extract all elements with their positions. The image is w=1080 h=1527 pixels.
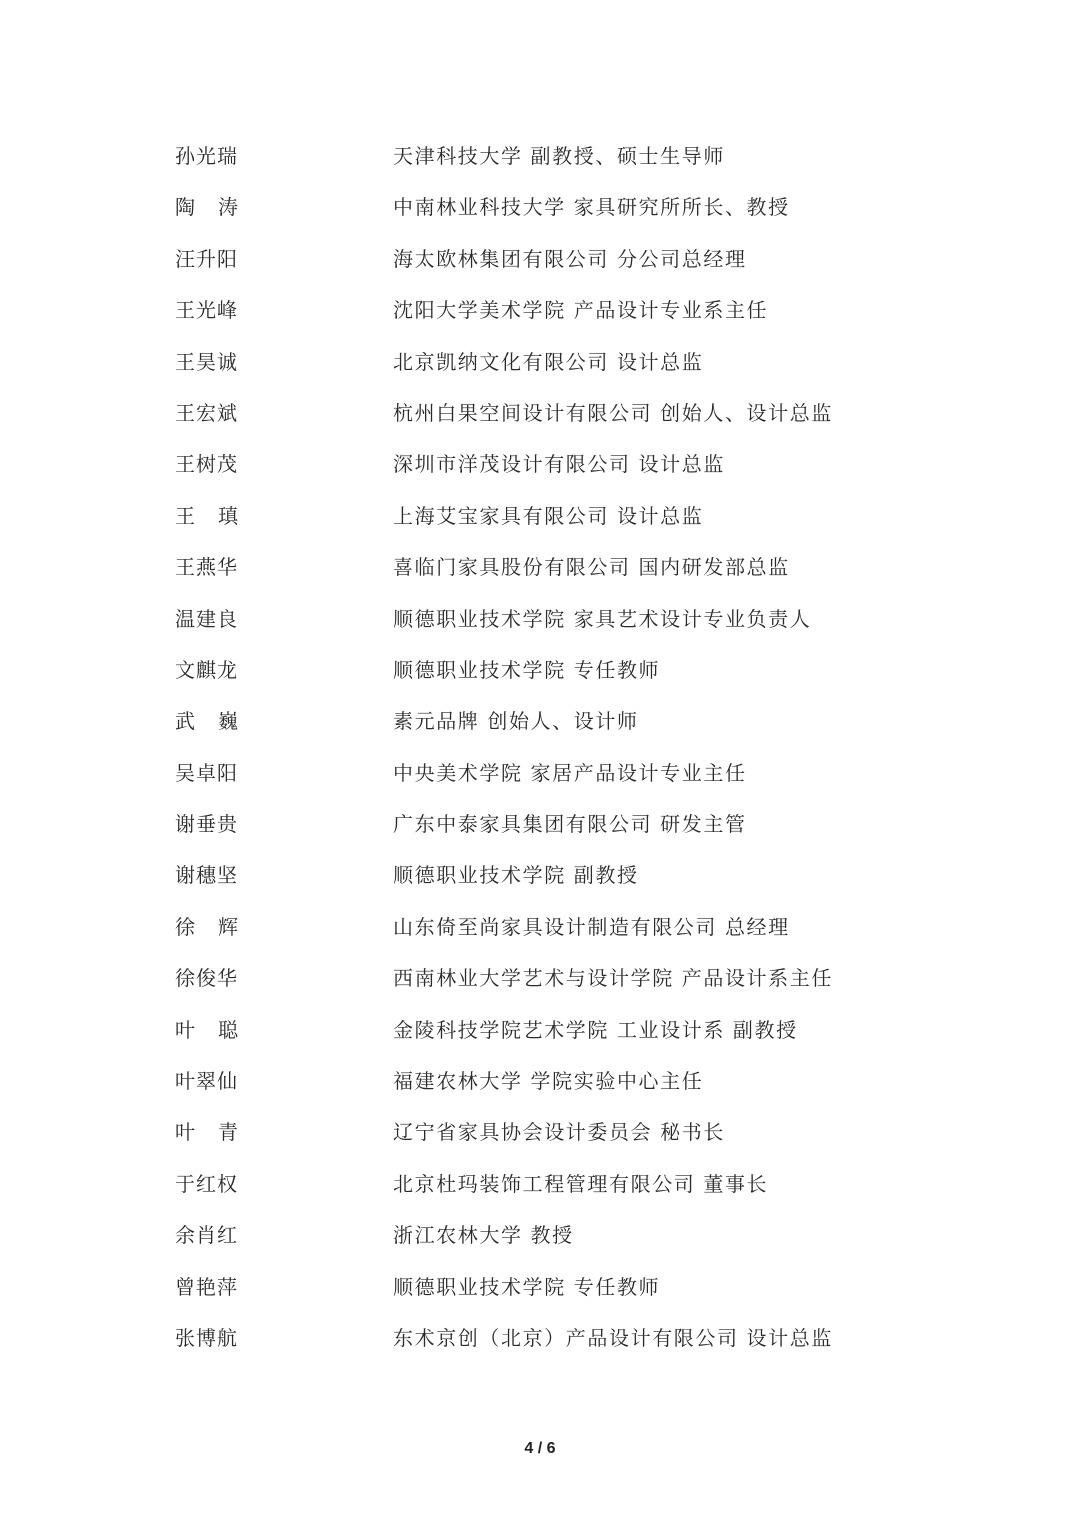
member-list: 孙光瑞天津科技大学 副教授、硕士生导师陶涛中南林业科技大学 家具研究所所长、教授… <box>0 140 1080 1373</box>
person-affiliation: 顺德职业技术学院 副教授 <box>393 859 639 891</box>
person-affiliation: 北京杜玛装饰工程管理有限公司 董事长 <box>393 1168 768 1200</box>
person-name: 吴卓阳 <box>175 757 239 789</box>
person-affiliation: 海太欧林集团有限公司 分公司总经理 <box>393 243 747 275</box>
person-name: 叶青 <box>175 1116 239 1148</box>
person-affiliation: 浙江农林大学 教授 <box>393 1219 574 1251</box>
list-item: 于红权北京杜玛装饰工程管理有限公司 董事长 <box>0 1168 1080 1219</box>
person-affiliation: 顺德职业技术学院 家具艺术设计专业负责人 <box>393 603 811 635</box>
person-affiliation: 上海艾宝家具有限公司 设计总监 <box>393 500 703 532</box>
person-affiliation: 东术京创（北京）产品设计有限公司 设计总监 <box>393 1322 833 1354</box>
list-item: 王宏斌杭州白果空间设计有限公司 创始人、设计总监 <box>0 397 1080 448</box>
person-affiliation: 北京凯纳文化有限公司 设计总监 <box>393 346 703 378</box>
person-name: 徐辉 <box>175 911 239 943</box>
list-item: 余肖红浙江农林大学 教授 <box>0 1219 1080 1270</box>
person-name: 王光峰 <box>175 294 239 326</box>
person-affiliation: 中南林业科技大学 家具研究所所长、教授 <box>393 191 790 223</box>
list-item: 王昊诚北京凯纳文化有限公司 设计总监 <box>0 346 1080 397</box>
person-affiliation: 顺德职业技术学院 专任教师 <box>393 1271 660 1303</box>
list-item: 徐俊华西南林业大学艺术与设计学院 产品设计系主任 <box>0 962 1080 1013</box>
person-affiliation: 山东倚至尚家具设计制造有限公司 总经理 <box>393 911 790 943</box>
person-name: 曾艳萍 <box>175 1271 239 1303</box>
list-item: 吴卓阳中央美术学院 家居产品设计专业主任 <box>0 757 1080 808</box>
list-item: 武巍素元品牌 创始人、设计师 <box>0 705 1080 756</box>
person-affiliation: 中央美术学院 家居产品设计专业主任 <box>393 757 747 789</box>
person-affiliation: 福建农林大学 学院实验中心主任 <box>393 1065 703 1097</box>
person-name: 叶聪 <box>175 1014 239 1046</box>
person-name: 谢垂贵 <box>175 808 239 840</box>
list-item: 汪升阳海太欧林集团有限公司 分公司总经理 <box>0 243 1080 294</box>
list-item: 王树茂深圳市洋茂设计有限公司 设计总监 <box>0 448 1080 499</box>
person-affiliation: 喜临门家具股份有限公司 国内研发部总监 <box>393 551 790 583</box>
person-name: 王瑱 <box>175 500 239 532</box>
list-item: 王瑱上海艾宝家具有限公司 设计总监 <box>0 500 1080 551</box>
person-affiliation: 天津科技大学 副教授、硕士生导师 <box>393 140 725 172</box>
person-name: 王昊诚 <box>175 346 239 378</box>
list-item: 温建良顺德职业技术学院 家具艺术设计专业负责人 <box>0 603 1080 654</box>
list-item: 孙光瑞天津科技大学 副教授、硕士生导师 <box>0 140 1080 191</box>
person-name: 孙光瑞 <box>175 140 239 172</box>
person-affiliation: 沈阳大学美术学院 产品设计专业系主任 <box>393 294 768 326</box>
list-item: 王燕华喜临门家具股份有限公司 国内研发部总监 <box>0 551 1080 602</box>
person-name: 于红权 <box>175 1168 239 1200</box>
person-name: 文麒龙 <box>175 654 239 686</box>
list-item: 张博航东术京创（北京）产品设计有限公司 设计总监 <box>0 1322 1080 1373</box>
person-affiliation: 深圳市洋茂设计有限公司 设计总监 <box>393 448 725 480</box>
list-item: 王光峰沈阳大学美术学院 产品设计专业系主任 <box>0 294 1080 345</box>
person-affiliation: 金陵科技学院艺术学院 工业设计系 副教授 <box>393 1014 798 1046</box>
person-name: 徐俊华 <box>175 962 239 994</box>
person-name: 叶翠仙 <box>175 1065 239 1097</box>
list-item: 叶聪金陵科技学院艺术学院 工业设计系 副教授 <box>0 1014 1080 1065</box>
person-name: 谢穗坚 <box>175 859 239 891</box>
list-item: 谢垂贵广东中泰家具集团有限公司 研发主管 <box>0 808 1080 859</box>
person-name: 温建良 <box>175 603 239 635</box>
person-name: 王树茂 <box>175 448 239 480</box>
person-affiliation: 西南林业大学艺术与设计学院 产品设计系主任 <box>393 962 833 994</box>
page-number: 4 / 6 <box>0 1440 1080 1458</box>
person-affiliation: 广东中泰家具集团有限公司 研发主管 <box>393 808 747 840</box>
list-item: 徐辉山东倚至尚家具设计制造有限公司 总经理 <box>0 911 1080 962</box>
list-item: 陶涛中南林业科技大学 家具研究所所长、教授 <box>0 191 1080 242</box>
document-page: 孙光瑞天津科技大学 副教授、硕士生导师陶涛中南林业科技大学 家具研究所所长、教授… <box>0 0 1080 1527</box>
person-name: 王燕华 <box>175 551 239 583</box>
list-item: 叶翠仙福建农林大学 学院实验中心主任 <box>0 1065 1080 1116</box>
person-affiliation: 杭州白果空间设计有限公司 创始人、设计总监 <box>393 397 833 429</box>
person-name: 陶涛 <box>175 191 239 223</box>
person-affiliation: 素元品牌 创始人、设计师 <box>393 705 639 737</box>
list-item: 曾艳萍顺德职业技术学院 专任教师 <box>0 1271 1080 1322</box>
person-name: 王宏斌 <box>175 397 239 429</box>
person-name: 汪升阳 <box>175 243 239 275</box>
person-name: 余肖红 <box>175 1219 239 1251</box>
list-item: 谢穗坚顺德职业技术学院 副教授 <box>0 859 1080 910</box>
list-item: 文麒龙顺德职业技术学院 专任教师 <box>0 654 1080 705</box>
person-name: 武巍 <box>175 705 239 737</box>
person-affiliation: 顺德职业技术学院 专任教师 <box>393 654 660 686</box>
person-affiliation: 辽宁省家具协会设计委员会 秘书长 <box>393 1116 725 1148</box>
list-item: 叶青辽宁省家具协会设计委员会 秘书长 <box>0 1116 1080 1167</box>
person-name: 张博航 <box>175 1322 239 1354</box>
